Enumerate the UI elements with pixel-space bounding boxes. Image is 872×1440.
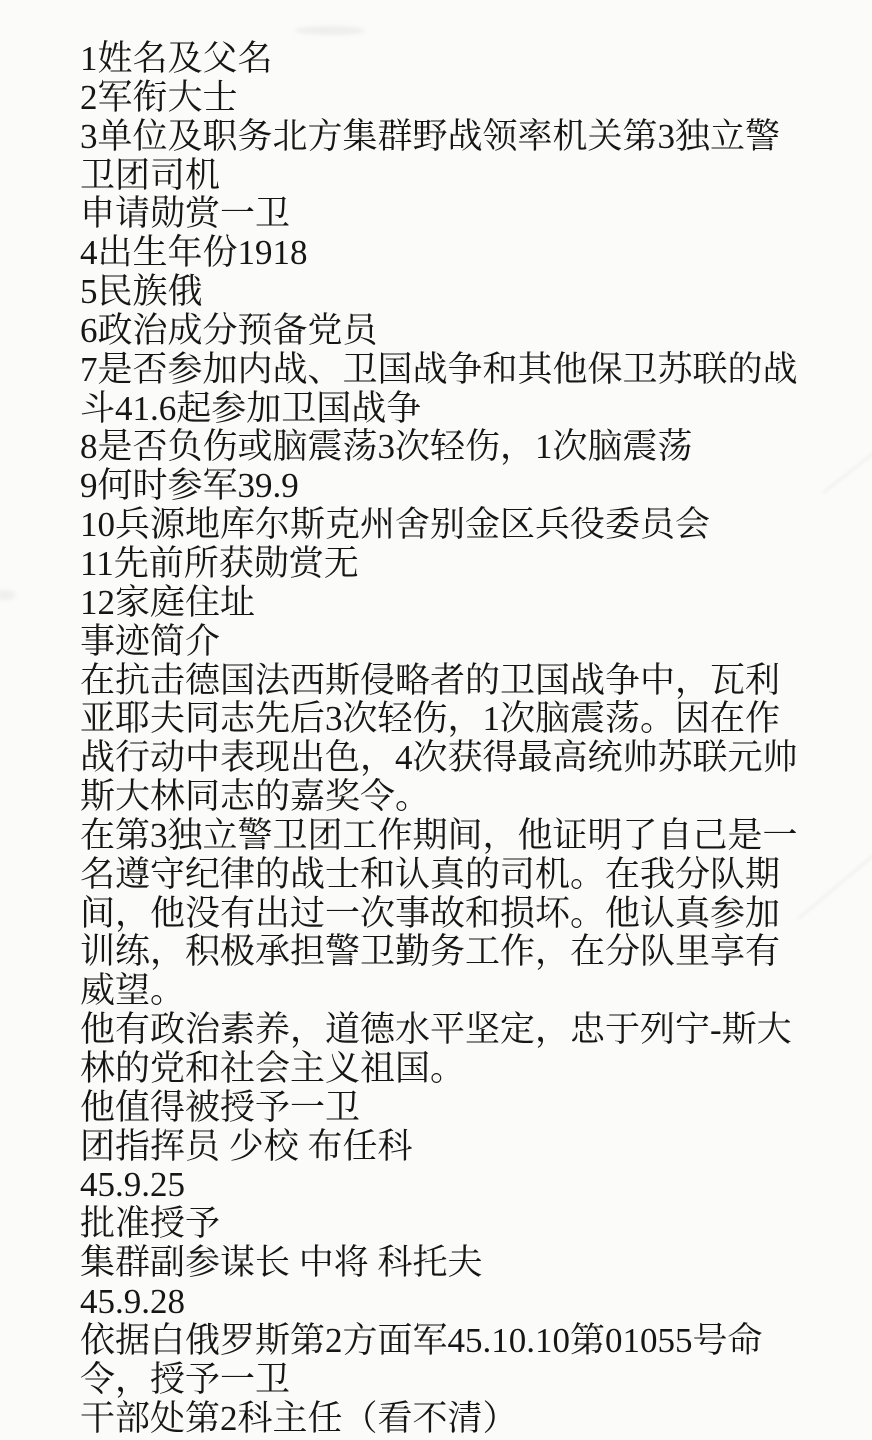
document-line: 8是否负伤或脑震荡3次轻伤，1次脑震荡: [80, 428, 798, 467]
document-line: 斯大林同志的嘉奖令。: [80, 778, 798, 817]
document-line: 6政治成分预备党员: [80, 312, 798, 351]
document-line: 申请勋赏一卫: [80, 195, 798, 234]
document-line: 4出生年份1918: [80, 234, 798, 273]
document-line: 9何时参军39.9: [80, 467, 798, 506]
document-line: 他有政治素养，道德水平坚定，忠于列宁-斯大: [80, 1011, 798, 1050]
date-line: 45.9.25: [80, 1166, 798, 1205]
signature-line: 集群副参谋长 中将 科托夫: [80, 1244, 798, 1283]
document-line: 林的党和社会主义祖国。: [80, 1050, 798, 1089]
document-line: 令，授予一卫: [80, 1361, 798, 1400]
document-line: 卫团司机: [80, 157, 798, 196]
document-line: 他值得被授予一卫: [80, 1089, 798, 1128]
document-line: 10兵源地库尔斯克州舍别金区兵役委员会: [80, 506, 798, 545]
document-line: 训练，积极承担警卫勤务工作，在分队里享有: [80, 933, 798, 972]
document-line: 威望。: [80, 972, 798, 1011]
document-line: 在抗击德国法西斯侵略者的卫国战争中，瓦利: [80, 662, 798, 701]
document-page: 1姓名及父名 2军衔大士 3单位及职务北方集群野战领率机关第3独立警 卫团司机 …: [0, 0, 872, 1440]
document-line: 2军衔大士: [80, 79, 798, 118]
document-line: 在第3独立警卫团工作期间，他证明了自己是一: [80, 817, 798, 856]
document-line: 斗41.6起参加卫国战争: [80, 390, 798, 429]
document-line: 依据白俄罗斯第2方面军45.10.10第01055号命: [80, 1322, 798, 1361]
signature-line: 干部处第2科主任（看不清）: [80, 1400, 798, 1439]
document-line: 1姓名及父名: [80, 40, 798, 79]
document-line: 间，他没有出过一次事故和损坏。他认真参加: [80, 895, 798, 934]
date-line: 45.9.28: [80, 1283, 798, 1322]
document-line: 5民族俄: [80, 273, 798, 312]
document-line: 7是否参加内战、卫国战争和其他保卫苏联的战: [80, 351, 798, 390]
signature-line: 团指挥员 少校 布任科: [80, 1128, 798, 1167]
document-line: 12家庭住址: [80, 584, 798, 623]
document-line: 3单位及职务北方集群野战领率机关第3独立警: [80, 118, 798, 157]
document-line: 战行动中表现出色，4次获得最高统帅苏联元帅: [80, 739, 798, 778]
document-line: 亚耶夫同志先后3次轻伤，1次脑震荡。因在作: [80, 700, 798, 739]
document-line: 批准授予: [80, 1205, 798, 1244]
document-line: 名遵守纪律的战士和认真的司机。在我分队期: [80, 856, 798, 895]
document-section-heading: 事迹简介: [80, 623, 798, 662]
document-line: 11先前所获勋赏无: [80, 545, 798, 584]
